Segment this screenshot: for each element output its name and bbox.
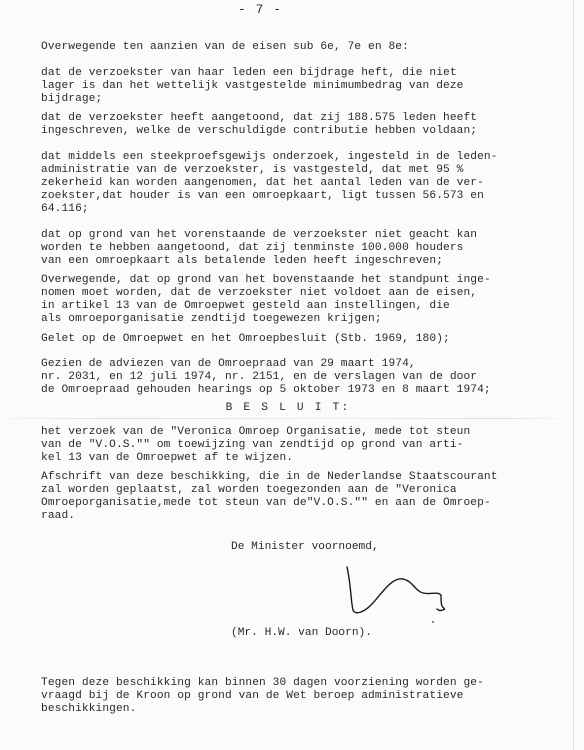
decision-heading: B E S L U I T: (0, 402, 580, 414)
signature-icon (345, 565, 445, 625)
paragraph-considering-requirements: Overwegende ten aanzien van de eisen sub… (41, 41, 541, 54)
paragraph-copy-notice: Afschrift van deze beschikking, die in d… (41, 471, 541, 523)
paragraph-contribution: dat de verzoekster van haar leden een bi… (41, 67, 541, 106)
paragraph-sample-survey: dat middels een steekproefsgewijs onderz… (41, 151, 541, 216)
paragraph-advice: Gezien de adviezen van de Omroepraad van… (41, 358, 541, 397)
signature-label: De Minister voornoemd, (231, 541, 379, 553)
paragraph-appeal-notice: Tegen deze beschikking kan binnen 30 dag… (41, 677, 541, 716)
paragraph-decision: het verzoek van de "Veronica Omroep Orga… (41, 426, 541, 465)
paragraph-standpoint: Overwegende, dat op grond van het bovens… (41, 274, 541, 326)
paragraph-members-count: dat de verzoekster heeft aangetoond, dat… (41, 112, 541, 138)
paragraph-not-demonstrated: dat op grond van het vorenstaande de ver… (41, 229, 541, 268)
page-edge (573, 0, 574, 750)
paragraph-legal-basis: Gelet op de Omroepwet en het Omroepbeslu… (41, 333, 541, 346)
document-page: - 7 - Overwegende ten aanzien van de eis… (0, 0, 584, 750)
fold-line (0, 418, 560, 419)
signatory-name: (Mr. H.W. van Doorn). (231, 627, 372, 639)
page-number: - 7 - (0, 2, 520, 17)
